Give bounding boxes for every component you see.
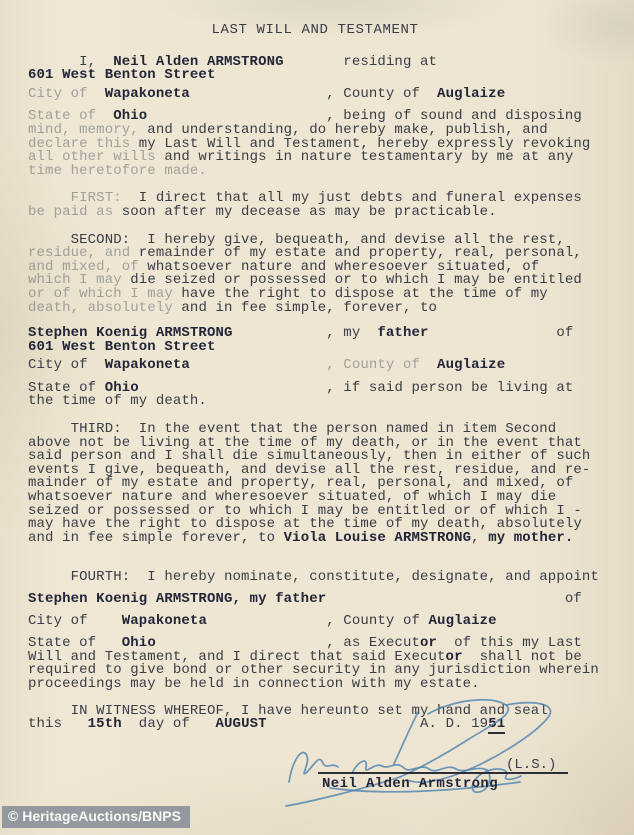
text-segment: FOURTH: I hereby nominate, constitute, d…: [28, 569, 599, 585]
text-segment: 601 West Benton Street: [28, 67, 215, 83]
document-line: be paid as soon after my decease as may …: [28, 206, 628, 220]
text-segment: City of: [28, 357, 105, 373]
text-segment: of: [429, 325, 574, 341]
text-segment: City of: [28, 86, 105, 102]
text-segment: Viola Louise ARMSTRONG: [284, 530, 471, 546]
document-line: the time of my death.: [28, 395, 628, 409]
text-segment: my mother.: [488, 530, 573, 546]
text-segment: ,: [471, 530, 488, 546]
text-segment: 601 West Benton Street: [28, 339, 215, 355]
document-line: and in fee simple forever, to Viola Loui…: [28, 532, 628, 546]
text-segment: Auglaize: [437, 86, 505, 102]
text-segment: and in fee simple, forever, to: [173, 300, 437, 316]
text-segment: of: [326, 591, 582, 607]
document-line: time heretofore made.: [28, 165, 628, 179]
text-segment: Auglaize: [429, 613, 497, 629]
document-line: Stephen Koenig ARMSTRONG, my father of: [28, 593, 628, 607]
text-segment: the time of my death.: [28, 393, 207, 409]
text-segment: City of: [28, 613, 122, 629]
document-lines: I, Neil Alden ARMSTRONG residing at601 W…: [28, 56, 628, 732]
document-line: 601 West Benton Street: [28, 69, 628, 83]
text-segment: 51: [488, 716, 505, 734]
text-segment: be paid as: [28, 204, 113, 220]
text-segment: father: [377, 325, 428, 341]
text-segment: residing at: [284, 54, 437, 70]
document-line: this 15th day of AUGUST A. D. 1951: [28, 718, 628, 732]
document-line: 601 West Benton Street: [28, 341, 628, 355]
text-segment: , County of: [190, 357, 437, 373]
document-line: City of Wapakoneta , County of Auglaize: [28, 615, 628, 629]
document-line: City of Wapakoneta , County of Auglaize: [28, 88, 628, 102]
text-segment: and in fee simple forever, to: [28, 530, 284, 546]
document-line: FOURTH: I hereby nominate, constitute, d…: [28, 571, 628, 585]
document-line: proceedings may be held in connection wi…: [28, 678, 628, 692]
text-segment: this: [28, 716, 88, 732]
text-segment: 15th: [88, 716, 122, 732]
text-segment: A. D. 19: [267, 716, 489, 732]
text-segment: day of: [122, 716, 216, 732]
text-segment: Wapakoneta: [122, 613, 207, 629]
text-segment: death, absolutely: [28, 300, 173, 316]
watermark-credit: © HeritageAuctions/BNPS: [2, 806, 190, 828]
will-document-page: LAST WILL AND TESTAMENT I, Neil Alden AR…: [0, 0, 634, 835]
text-segment: Wapakoneta: [105, 357, 190, 373]
text-segment: , County of: [190, 86, 437, 102]
ls-seal-label: (L.S.): [506, 757, 556, 773]
text-segment: , County of: [207, 613, 429, 629]
text-segment: Stephen Koenig ARMSTRONG, my father: [28, 591, 326, 607]
text-segment: Wapakoneta: [105, 86, 190, 102]
text-segment: AUGUST: [216, 716, 267, 732]
document-line: death, absolutely and in fee simple, for…: [28, 302, 628, 316]
text-segment: soon after my decease as may be practica…: [113, 204, 496, 220]
text-segment: Auglaize: [437, 357, 505, 373]
signature-typed-name: Neil Alden Armstrong: [322, 776, 498, 792]
document-line: City of Wapakoneta , County of Auglaize: [28, 359, 628, 373]
document-body: LAST WILL AND TESTAMENT I, Neil Alden AR…: [28, 24, 628, 732]
document-title: LAST WILL AND TESTAMENT: [28, 24, 628, 38]
text-segment: time heretofore made.: [28, 163, 207, 179]
text-segment: and writings in nature testamentary by m…: [156, 149, 574, 165]
text-segment: , my: [233, 325, 378, 341]
text-segment: proceedings may be held in connection wi…: [28, 676, 480, 692]
